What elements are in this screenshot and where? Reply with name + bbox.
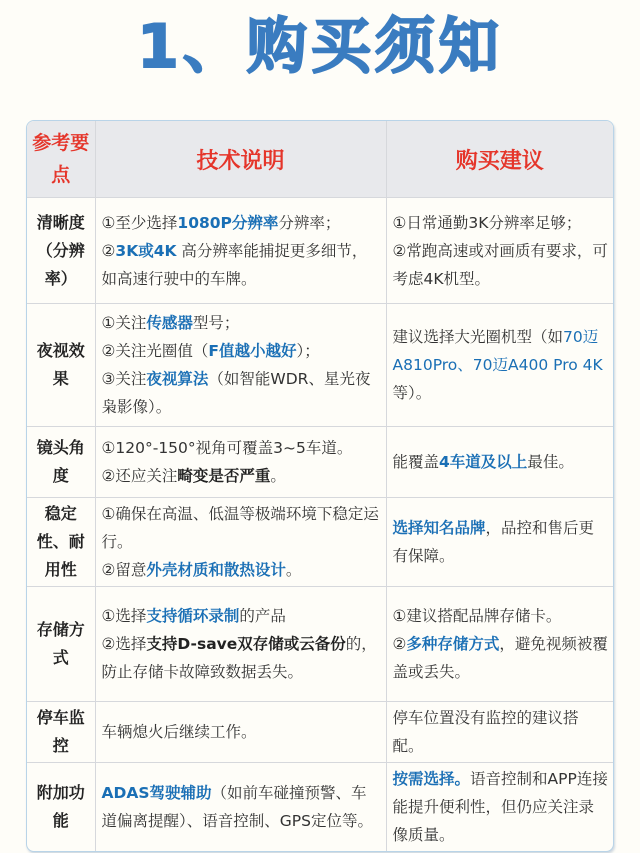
text: ①关注: [102, 314, 147, 332]
row-tech: ①至少选择1080P分辨率分辨率； ②3K或4K 高分辨率能捕捉更多细节，如高速…: [95, 198, 386, 304]
text: ②: [393, 635, 407, 653]
row-tech: 车辆熄火后继续工作。: [95, 702, 386, 763]
header-advice-label: 购买建议: [456, 149, 544, 174]
text: 能覆盖: [393, 453, 440, 471]
text: ）；: [297, 342, 320, 360]
table-row: 夜视效果 ①关注传感器型号； ②关注光圈值（F值越小越好）； ③关注夜视算法（如…: [27, 304, 613, 427]
row-key: 清晰度（分辨率）: [27, 198, 95, 304]
highlight-text: 4车道及以上: [439, 453, 527, 471]
row-tech: ①确保在高温、低温等极端环境下稳定运行。 ②留意外壳材质和散热设计。: [95, 498, 386, 587]
row-tech: ①120°-150°视角可覆盖3~5车道。 ②还应关注畸变是否严重。: [95, 427, 386, 498]
text: ③关注: [102, 370, 147, 388]
table-row: 停车监控 车辆熄火后继续工作。 停车位置没有监控的建议搭配。: [27, 702, 613, 763]
text: ②留意: [102, 561, 147, 579]
highlight-text: 夜视算法: [146, 370, 208, 388]
page-title: 1、购买须知: [0, 12, 640, 82]
highlight-text: ADAS驾驶辅助: [102, 784, 212, 802]
table-header-row: 参考要点 技术说明 购买建议: [27, 121, 613, 198]
text: 等）。: [393, 384, 432, 402]
row-advice: ①日常通勤3K分辨率足够； ②常跑高速或对画质有要求，可考虑4K机型。: [386, 198, 613, 304]
text: ②选择: [102, 635, 147, 653]
text: 建议选择大光圈机型（如: [393, 328, 564, 346]
text: 车辆熄火后继续工作。: [102, 723, 257, 741]
highlight-text: 3K或4K: [115, 242, 176, 260]
row-advice: 按需选择。语音控制和APP连接能提升便利性，但仍应关注录像质量。: [386, 763, 613, 852]
purchase-guide-table: 参考要点 技术说明 购买建议 清晰度（分辨率） ①至少选择1080P分辨率分辨率…: [26, 120, 614, 852]
row-key: 夜视效果: [27, 304, 95, 427]
highlight-text: 按需选择。: [393, 770, 471, 788]
table-row: 存储方式 ①选择支持循环录制的产品 ②选择支持D-save双存储或云备份的，防止…: [27, 587, 613, 702]
text: ②还应关注: [102, 467, 178, 485]
row-advice: 建议选择大光圈机型（如70迈A810Pro、70迈A400 Pro 4K等）。: [386, 304, 613, 427]
highlight-text: F值越小越好: [208, 342, 296, 360]
text: 。: [270, 467, 286, 485]
row-tech: ADAS驾驶辅助（如前车碰撞预警、车道偏离提醒）、语音控制、GPS定位等。: [95, 763, 386, 852]
text: ②: [102, 242, 116, 260]
header-key: 参考要点: [27, 121, 95, 198]
highlight-text: 外壳材质和散热设计: [146, 561, 286, 579]
highlight-text: 支持循环录制: [146, 607, 239, 625]
row-key: 停车监控: [27, 702, 95, 763]
text: ①建议搭配品牌存储卡。: [393, 607, 562, 625]
row-key: 稳定性、耐用性: [27, 498, 95, 587]
header-tech-label: 技术说明: [196, 149, 284, 174]
text: ①至少选择: [102, 214, 178, 232]
row-advice: ①建议搭配品牌存储卡。 ②多种存储方式，避免视频被覆盖或丢失。: [386, 587, 613, 702]
row-tech: ①选择支持循环录制的产品 ②选择支持D-save双存储或云备份的，防止存储卡故障…: [95, 587, 386, 702]
table-row: 清晰度（分辨率） ①至少选择1080P分辨率分辨率； ②3K或4K 高分辨率能捕…: [27, 198, 613, 304]
text: 分辨率；: [278, 214, 340, 232]
table-row: 稳定性、耐用性 ①确保在高温、低温等极端环境下稳定运行。 ②留意外壳材质和散热设…: [27, 498, 613, 587]
highlight-text: 1080P分辨率: [177, 214, 278, 232]
text: 最佳。: [527, 453, 574, 471]
header-advice: 购买建议: [386, 121, 613, 198]
row-advice: 停车位置没有监控的建议搭配。: [386, 702, 613, 763]
highlight-text: 选择知名品牌: [393, 519, 486, 537]
text: ①选择: [102, 607, 147, 625]
row-tech: ①关注传感器型号； ②关注光圈值（F值越小越好）； ③关注夜视算法（如智能WDR…: [95, 304, 386, 427]
text: ①120°-150°视角可覆盖3~5车道。: [102, 439, 353, 457]
text: ②常跑高速或对画质有要求，可考虑4K机型。: [393, 242, 608, 288]
text: 停车位置没有监控的建议搭配。: [393, 709, 579, 755]
highlight-text: 多种存储方式: [406, 635, 499, 653]
text: ②关注光圈值（: [102, 342, 209, 360]
text: 型号；: [193, 314, 240, 332]
row-key: 镜头角度: [27, 427, 95, 498]
row-advice: 能覆盖4车道及以上最佳。: [386, 427, 613, 498]
text: ①日常通勤3K分辨率足够；: [393, 214, 582, 232]
highlight-text: 传感器: [146, 314, 193, 332]
row-advice: 选择知名品牌，品控和售后更有保障。: [386, 498, 613, 587]
bold-text: 畸变是否严重: [177, 467, 270, 485]
header-tech: 技术说明: [95, 121, 386, 198]
table-row: 镜头角度 ①120°-150°视角可覆盖3~5车道。 ②还应关注畸变是否严重。 …: [27, 427, 613, 498]
text: 。: [286, 561, 302, 579]
bold-text: 支持D-save双存储或云备份: [146, 635, 345, 653]
table-row: 附加功能 ADAS驾驶辅助（如前车碰撞预警、车道偏离提醒）、语音控制、GPS定位…: [27, 763, 613, 852]
row-key: 附加功能: [27, 763, 95, 852]
text: 的产品: [239, 607, 286, 625]
text: ①确保在高温、低温等极端环境下稳定运行。: [102, 505, 379, 551]
row-key: 存储方式: [27, 587, 95, 702]
header-key-label: 参考要点: [27, 127, 95, 191]
